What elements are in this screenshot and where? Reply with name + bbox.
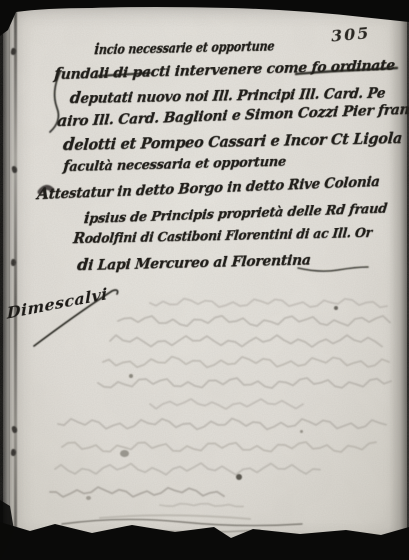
- bottom-fold-crease: [100, 515, 250, 519]
- top-scan-edge: [0, 0, 409, 36]
- bottom-scan-edge: [0, 522, 409, 560]
- manuscript-scan: incio necessarie et opportune fundali di…: [0, 0, 409, 560]
- bottom-fold-crease: [62, 519, 302, 525]
- scan-edges: [0, 0, 409, 560]
